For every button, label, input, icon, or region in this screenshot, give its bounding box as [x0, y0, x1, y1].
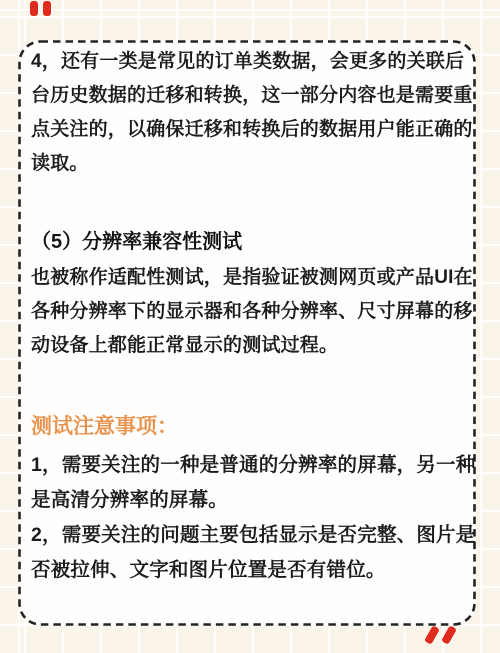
notes-heading: 测试注意事项： — [31, 410, 470, 444]
text-line: 是高清分辨率的屏幕。 — [31, 483, 470, 518]
text-line: 各种分辨率下的显示器和各种分辨率、尺寸屏幕的移 — [31, 295, 470, 329]
quote-marks-top-left-icon — [30, 1, 51, 16]
text-line: 读取。 — [31, 147, 470, 181]
section-heading-resolution-compatibility: （5）分辨率兼容性测试 — [31, 225, 470, 259]
paragraph-resolution-compatibility: 也被称作适配性测试，是指验证被测网页或产品UI在 各种分辨率下的显示器和各种分辨… — [31, 261, 470, 363]
card-content: 4，还有一类是常见的订单类数据，会更多的关联后 台历史数据的迁移和转换，这一部分… — [31, 45, 470, 588]
text-line: 动设备上都能正常显示的测试过程。 — [31, 329, 470, 363]
text-line: 否被拉伸、文字和图片位置是否有错位。 — [31, 553, 470, 588]
text-line: 台历史数据的迁移和转换，这一部分内容也是需要重 — [31, 79, 470, 113]
content-card: 4，还有一类是常见的订单类数据，会更多的关联后 台历史数据的迁移和转换，这一部分… — [18, 40, 476, 626]
red-bar-icon — [424, 625, 440, 645]
red-bar-icon — [441, 625, 457, 645]
paragraph-test-notes: 1，需要关注的一种是普通的分辨率的屏幕，另一种 是高清分辨率的屏幕。 2，需要关… — [31, 448, 470, 588]
paragraph-order-data: 4，还有一类是常见的订单类数据，会更多的关联后 台历史数据的迁移和转换，这一部分… — [31, 45, 470, 181]
text-line: 1，需要关注的一种是普通的分辨率的屏幕，另一种 — [31, 448, 470, 483]
red-bar-icon — [30, 1, 38, 16]
text-line: 点关注的，以确保迁移和转换后的数据用户能正确的 — [31, 113, 470, 147]
text-line: 也被称作适配性测试，是指验证被测网页或产品UI在 — [31, 261, 470, 295]
text-line: 4，还有一类是常见的订单类数据，会更多的关联后 — [31, 45, 470, 79]
red-bar-icon — [43, 1, 51, 16]
quote-marks-bottom-right-icon — [428, 626, 453, 644]
text-line: 2，需要关注的问题主要包括显示是否完整、图片是 — [31, 518, 470, 553]
